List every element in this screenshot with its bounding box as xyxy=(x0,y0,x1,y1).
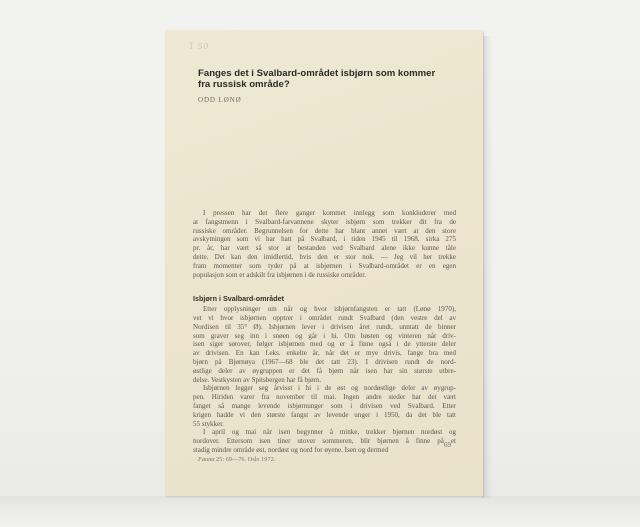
section-paragraph: I april og mai når isen begynner å minke… xyxy=(193,428,456,454)
section-paragraph: Etter opplysninger om når og hvor isbjør… xyxy=(193,305,456,384)
text-line: stadig mindre område øst, nordøst og nor… xyxy=(193,446,456,455)
article-author: ODD LØNØ xyxy=(198,96,242,104)
text-line: av drivisen. En kan f.eks. enkelte år, n… xyxy=(193,349,456,358)
text-line: russiske områder. Begrunnelsen for dette… xyxy=(193,227,456,236)
section-body: Etter opplysninger om når og hvor isbjør… xyxy=(193,305,456,455)
citation-details: 25: 69—76. Oslo 1972. xyxy=(214,456,275,463)
text-line: bjørn på Bjørnøya (1967—68 ble det tatt … xyxy=(193,358,456,367)
text-line: isen siger sørover, følger isbjørnen med… xyxy=(193,340,456,349)
article-title: Fanges det i Svalbard-området isbjørn so… xyxy=(198,68,448,90)
text-line: I april og mai når isen begynner å minke… xyxy=(193,428,456,437)
text-line: pr. år, har vært så stor at bestanden ve… xyxy=(193,244,456,253)
text-line: Isbjørnen legger seg årvisst i hi i de ø… xyxy=(193,384,456,393)
text-line: pen. Hiriden varer fra november til mai.… xyxy=(193,393,456,402)
text-line: at fangstmenn i Svalbard-farvannene skyt… xyxy=(193,218,456,227)
text-line: fanget så mange levende isbjørnunger som… xyxy=(193,402,456,411)
text-line: populasjon som er adskilt fra isbjørnen … xyxy=(193,271,456,280)
article-body: I pressen har det flere ganger kommet in… xyxy=(193,209,456,455)
text-line: fram momenter som tyder på at isbjørnen … xyxy=(193,262,456,271)
text-line: som graver seg inn i snøen og går i hi. … xyxy=(193,332,456,341)
text-line: Nordisen til 35° Ø). Isbjørnen lever i d… xyxy=(193,323,456,332)
handwritten-mark: 1̅ 50 xyxy=(189,42,209,51)
text-line: Etter opplysninger om når og hvor isbjør… xyxy=(193,305,456,314)
text-line: vet vi hvor isbjørnen opptrer i området … xyxy=(193,314,456,323)
text-line: delse. Vestkysten av Spitsbergen har få … xyxy=(193,376,456,385)
text-line: dette. Det kan den imidlertid, hvis den … xyxy=(193,253,456,262)
text-line: I pressen har det flere ganger kommet in… xyxy=(193,209,456,218)
journal-name: Fauna xyxy=(198,456,214,463)
section-paragraph: Isbjørnen legger seg årvisst i hi i de ø… xyxy=(193,384,456,428)
citation-footer: Fauna 25: 69—76. Oslo 1972. xyxy=(198,456,275,463)
text-line: nordover. Ettersom isen tiner utover som… xyxy=(193,437,456,446)
document-page: 1̅ 50 Fanges det i Svalbard-området isbj… xyxy=(165,30,483,496)
intro-paragraph: I pressen har det flere ganger kommet in… xyxy=(193,209,456,279)
text-line: østlige deler av øygruppen er det få bjø… xyxy=(193,367,456,376)
text-line: 55 stykker. xyxy=(193,420,456,429)
text-line: avskytningen som vi har hatt på Svalbard… xyxy=(193,235,456,244)
page-number: 69 xyxy=(444,441,451,449)
table-surface xyxy=(0,496,640,527)
text-line: krigen hadde vi den største fangst av le… xyxy=(193,411,456,420)
section-heading: Isbjørn i Svalbard-området xyxy=(193,295,456,304)
paper-shadow xyxy=(482,36,492,498)
